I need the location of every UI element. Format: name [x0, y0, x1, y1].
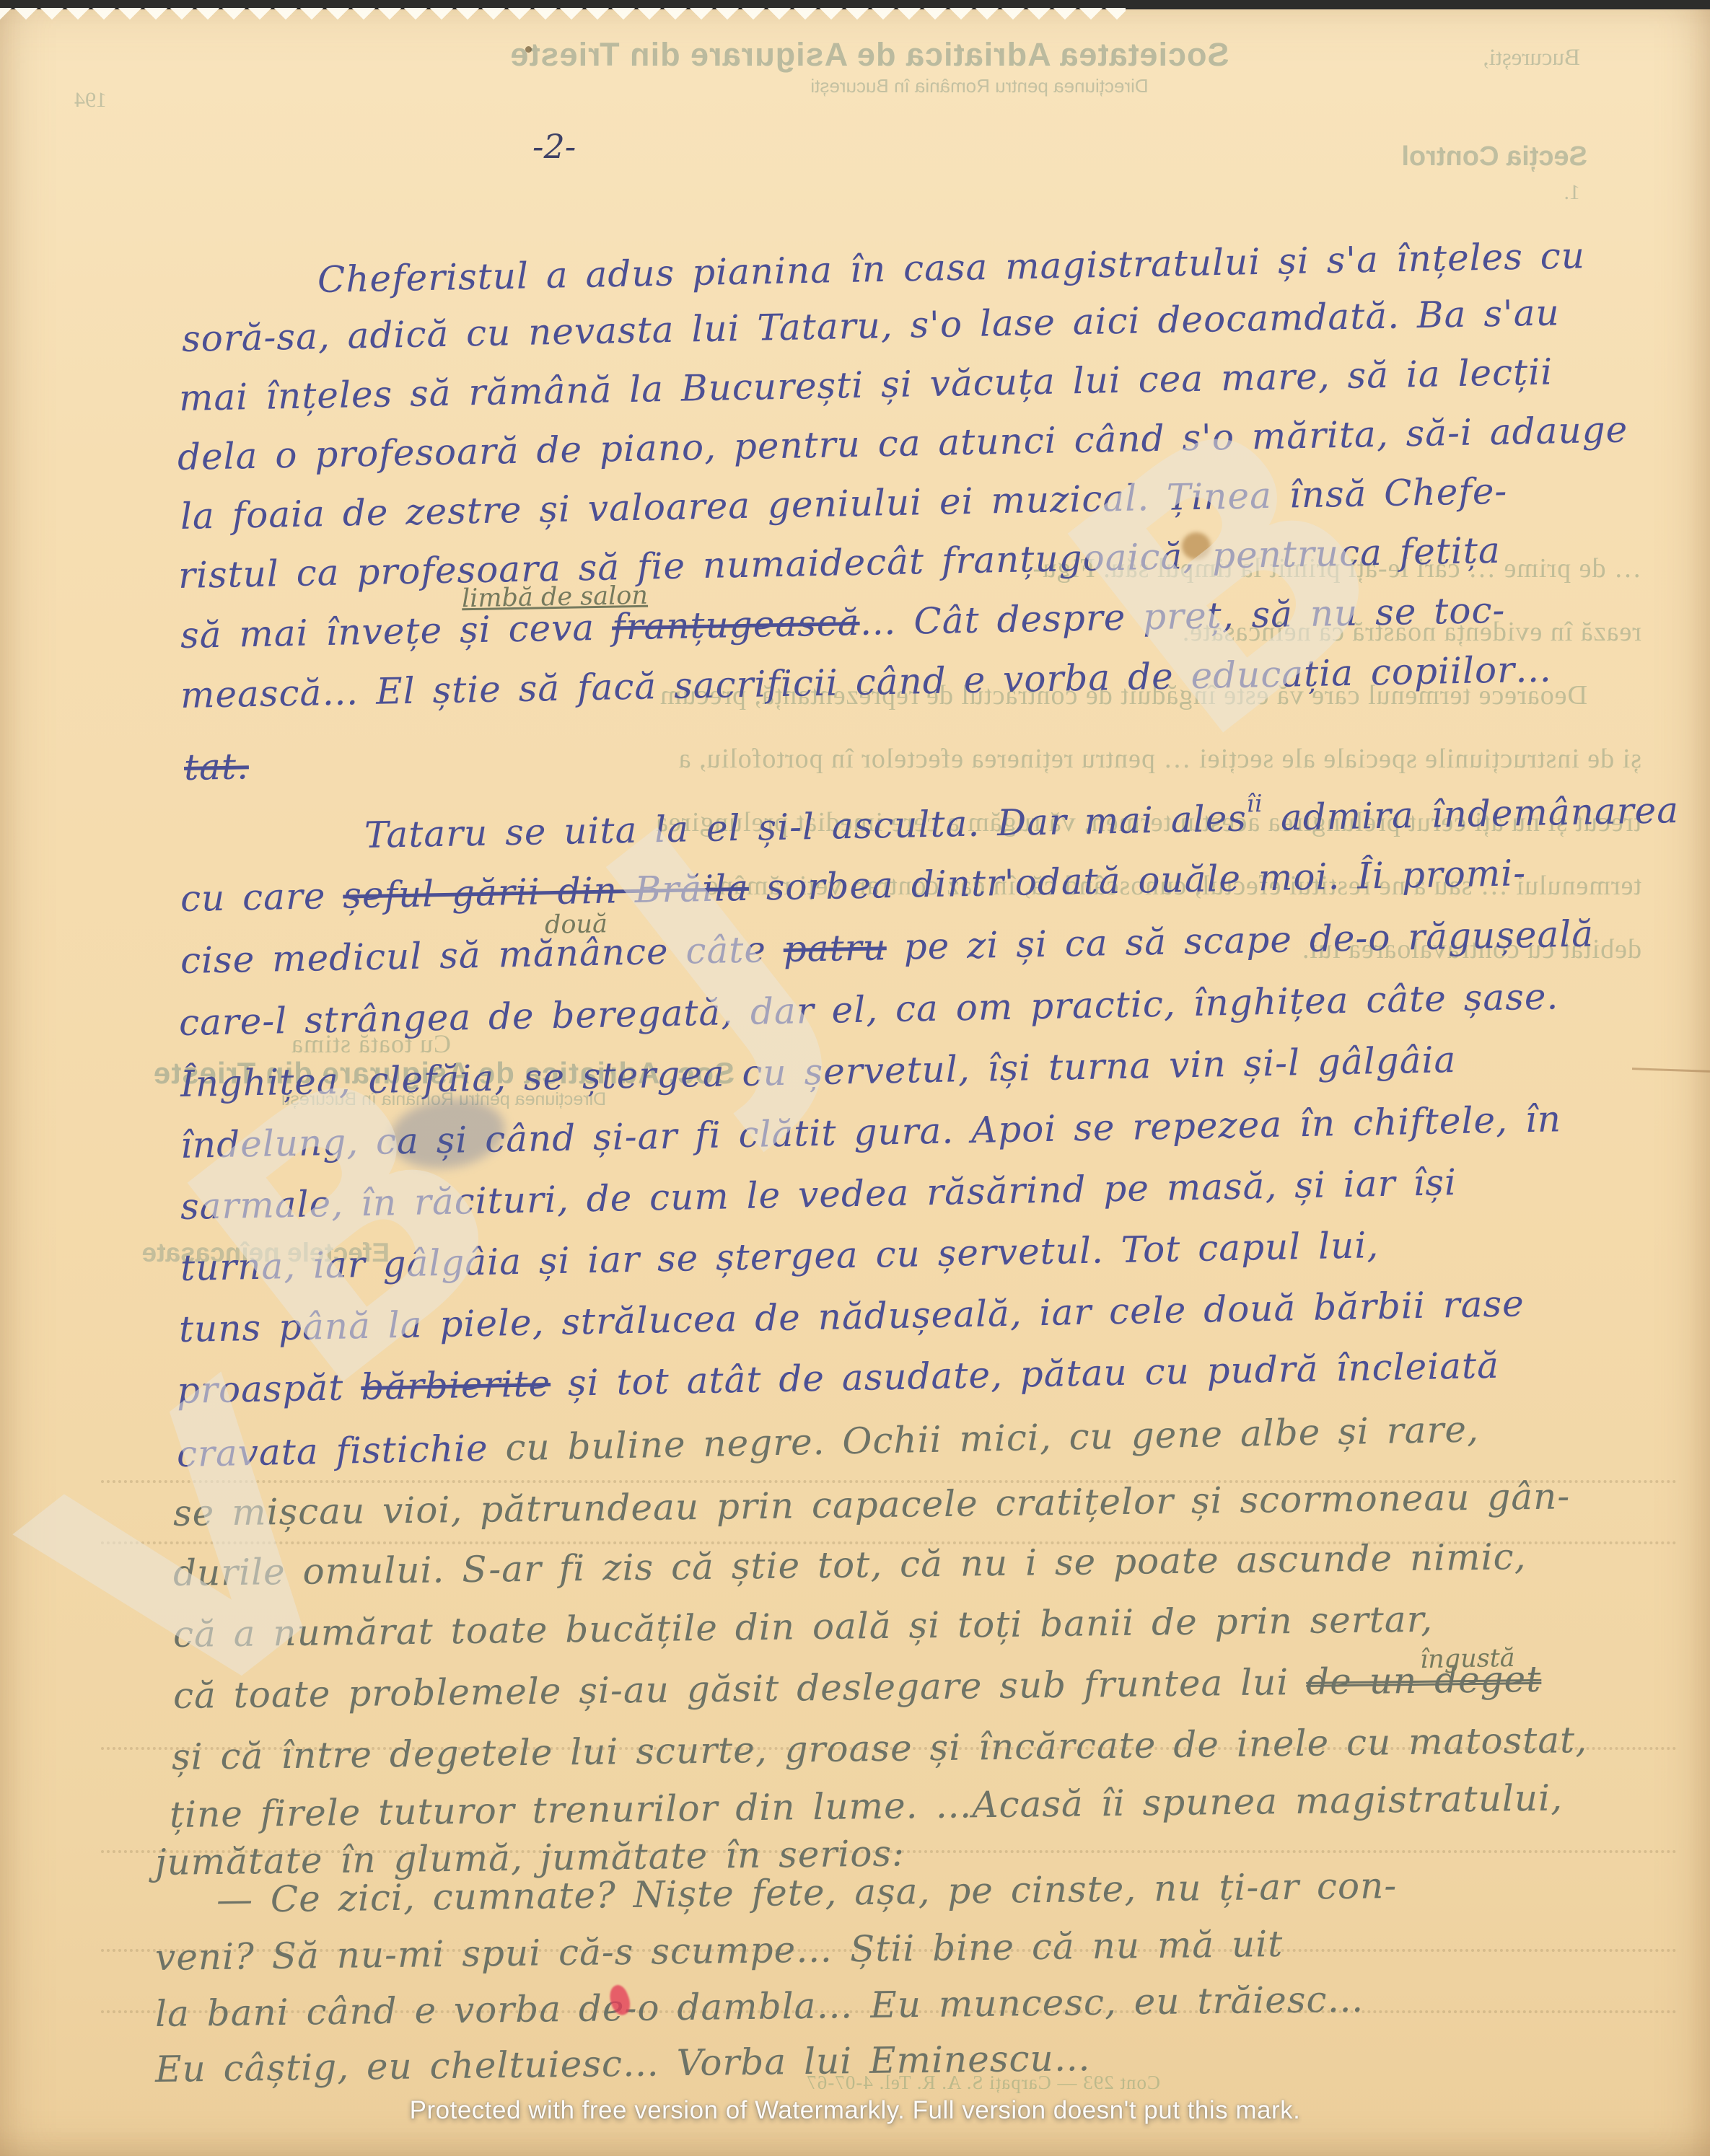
paper-stain [1182, 532, 1211, 560]
manuscript-line: tat. [183, 747, 249, 786]
strikethrough-text: șeful gării din Brăila [343, 867, 750, 917]
interline-insertion: îngustă [1420, 1644, 1515, 1674]
strikethrough-text: franțugească [612, 602, 861, 648]
strikethrough-text: patru [783, 926, 887, 970]
line-segment: admira îndemânarea [1263, 789, 1679, 839]
interline-insertion: două [545, 910, 608, 940]
strikethrough-text: tat. [183, 745, 249, 788]
line-segment: cravata fistichie [176, 1427, 506, 1475]
line-segment: cu care [180, 875, 343, 920]
watermarkly-caption: Protected with free version of Watermark… [0, 2096, 1710, 2125]
page-number: -2- [532, 127, 576, 166]
line-segment: să mai învețe și ceva [180, 607, 612, 656]
paper-speck [525, 46, 532, 53]
superscript-insertion: îi [1246, 789, 1263, 817]
torn-perforated-edge [0, 8, 1126, 30]
strikethrough-text: bărbierite [361, 1363, 551, 1408]
line-segment: proaspăt [176, 1366, 361, 1412]
interline-insertion: limbă de salon [462, 581, 649, 613]
